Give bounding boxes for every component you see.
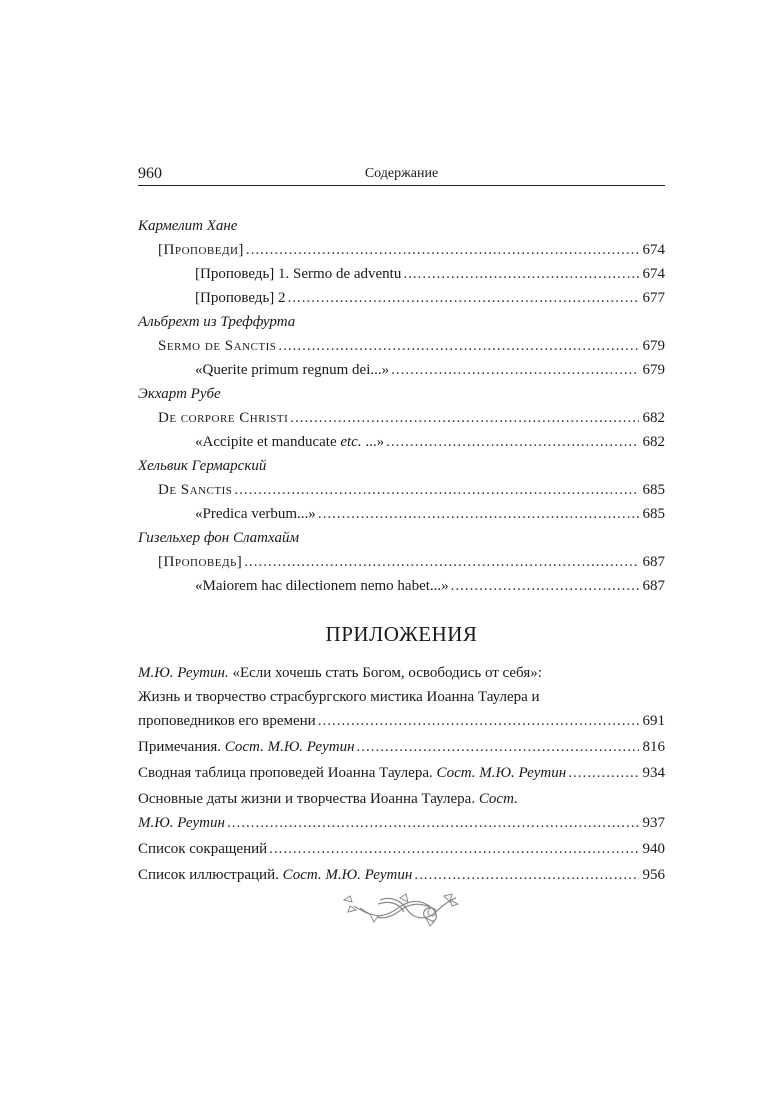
toc-entry[interactable]: [Проповедь] 2 677 [138, 286, 665, 310]
table-of-contents: Кармелит Ханe [Проповеди] 674 [Проповедь… [138, 214, 665, 889]
appendix-entry[interactable]: Список иллюстраций. Сост. М.Ю. Реутин 95… [138, 863, 665, 887]
running-title: Содержание [138, 166, 665, 182]
toc-entry[interactable]: [Проповеди] 674 [138, 238, 665, 262]
label-text: Список иллюстраций. [138, 867, 283, 883]
label-italic: Сост. [479, 791, 518, 807]
appendix-entry[interactable]: М.Ю. Реутин. «Если хочешь стать Богом, о… [138, 661, 665, 733]
entry-text: проповедников его времени [138, 709, 316, 733]
toc-entry[interactable]: De Sanctis 685 [138, 478, 665, 502]
toc-entry-page: 687 [643, 574, 666, 598]
running-head: 960 Содержание [138, 163, 665, 186]
entry-line: проповедников его времени 691 [138, 709, 665, 733]
toc-entry-label: [Проповедь] [158, 550, 242, 574]
entry-text: Примечания. Сост. М.Ю. Реутин [138, 735, 355, 759]
toc-entry-page: 682 [643, 430, 666, 454]
dot-leader [391, 358, 638, 382]
author-italic: М.Ю. Реутин. [138, 665, 229, 681]
dot-leader [278, 334, 638, 358]
toc-entry-page: 679 [643, 334, 666, 358]
entry-line: Список иллюстраций. Сост. М.Ю. Реутин 95… [138, 863, 665, 887]
dot-leader [234, 478, 638, 502]
label-text: «Accipite et manducate [195, 434, 340, 450]
label-italic: Сост. М.Ю. Реутин [436, 765, 566, 781]
entry-line: Жизнь и творчество страсбургского мистик… [138, 685, 665, 709]
toc-entry-page: 687 [643, 550, 666, 574]
toc-group: Гизельхер фон Слатхайм [Проповедь] 687 «… [138, 526, 665, 598]
toc-entry[interactable]: [Проповедь] 687 [138, 550, 665, 574]
dot-leader [288, 286, 639, 310]
toc-author: Экхарт Рубе [138, 382, 665, 406]
entry-text: М.Ю. Реутин [138, 811, 225, 835]
toc-entry-label: «Accipite et manducate etc. ...» [195, 430, 384, 454]
appendix-entry[interactable]: Список сокращений 940 [138, 837, 665, 861]
toc-entry-label: Sermo de Sanctis [158, 334, 276, 358]
appendix-heading: ПРИЛОЖЕНИЯ [138, 622, 665, 647]
toc-entry-page: 677 [643, 286, 666, 310]
label-text: Примечания. [138, 739, 225, 755]
toc-group: Альбрехт из Треффурта Sermo de Sanctis 6… [138, 310, 665, 382]
toc-entry[interactable]: Sermo de Sanctis 679 [138, 334, 665, 358]
toc-entry-page: 674 [643, 238, 666, 262]
appendix-entry[interactable]: Сводная таблица проповедей Иоанна Таулер… [138, 761, 665, 785]
toc-entry-label: [Проповедь] 1. Sermo de adventu [195, 262, 401, 286]
dot-leader [403, 262, 638, 286]
toc-entry-label: «Predica verbum...» [195, 502, 316, 526]
toc-group: Кармелит Ханe [Проповеди] 674 [Проповедь… [138, 214, 665, 310]
label-italic: Сост. М.Ю. Реутин [283, 867, 413, 883]
toc-entry-page: 691 [643, 709, 666, 733]
toc-entry-label: «Maiorem hac dilectionem nemo habet...» [195, 574, 449, 598]
appendix-entry[interactable]: Основные даты жизни и творчества Иоанна … [138, 787, 665, 835]
dot-leader [269, 837, 638, 861]
toc-entry[interactable]: «Maiorem hac dilectionem nemo habet...» … [138, 574, 665, 598]
dot-leader [451, 574, 639, 598]
label-text: ...» [362, 434, 385, 450]
toc-entry-label: De corpore Christi [158, 406, 288, 430]
dot-leader [357, 735, 639, 759]
toc-entry-page: 937 [643, 811, 666, 835]
toc-entry-label: De Sanctis [158, 478, 232, 502]
toc-entry-page: 685 [643, 502, 666, 526]
dot-leader [318, 502, 639, 526]
entry-text: Основные даты жизни и творчества Иоанна … [138, 791, 479, 807]
dot-leader [386, 430, 638, 454]
entry-text: Сводная таблица проповедей Иоанна Таулер… [138, 761, 566, 785]
toc-entry[interactable]: [Проповедь] 1. Sermo de adventu 674 [138, 262, 665, 286]
toc-author: Хельвик Гермарский [138, 454, 665, 478]
entry-line: М.Ю. Реутин 937 [138, 811, 665, 835]
entry-line: Примечания. Сост. М.Ю. Реутин 816 [138, 735, 665, 759]
toc-entry-label: «Querite primum regnum dei...» [195, 358, 389, 382]
toc-group: Хельвик Гермарский De Sanctis 685 «Predi… [138, 454, 665, 526]
entry-line: Сводная таблица проповедей Иоанна Таулер… [138, 761, 665, 785]
entry-text: Список иллюстраций. Сост. М.Ю. Реутин [138, 863, 412, 887]
toc-author: Гизельхер фон Слатхайм [138, 526, 665, 550]
dot-leader [227, 811, 639, 835]
entry-text: «Если хочешь стать Богом, освободись от … [229, 665, 542, 681]
entry-text: Список сокращений [138, 837, 267, 861]
toc-entry[interactable]: «Predica verbum...» 685 [138, 502, 665, 526]
dot-leader [246, 238, 639, 262]
entry-line: Основные даты жизни и творчества Иоанна … [138, 787, 665, 811]
toc-author: Кармелит Ханe [138, 214, 665, 238]
toc-entry-page: 685 [643, 478, 666, 502]
entry-line: М.Ю. Реутин. «Если хочешь стать Богом, о… [138, 661, 665, 685]
dot-leader [414, 863, 638, 887]
toc-entry-label: [Проповеди] [158, 238, 244, 262]
label-text: Сводная таблица проповедей Иоанна Таулер… [138, 765, 436, 781]
label-italic: etc. [340, 434, 361, 450]
toc-entry-page: 682 [643, 406, 666, 430]
vine-ornament-icon [340, 890, 460, 930]
dot-leader [568, 761, 638, 785]
toc-entry-page: 674 [643, 262, 666, 286]
toc-group: Экхарт Рубе De corpore Christi 682 «Acci… [138, 382, 665, 454]
entry-line: Список сокращений 940 [138, 837, 665, 861]
toc-entry[interactable]: «Querite primum regnum dei...» 679 [138, 358, 665, 382]
dot-leader [290, 406, 638, 430]
toc-entry-page: 816 [643, 735, 666, 759]
toc-entry-label: [Проповедь] 2 [195, 286, 286, 310]
toc-entry-page: 679 [643, 358, 666, 382]
appendix-entry[interactable]: Примечания. Сост. М.Ю. Реутин 816 [138, 735, 665, 759]
toc-entry-page: 956 [643, 863, 666, 887]
dot-leader [244, 550, 638, 574]
label-italic: Сост. М.Ю. Реутин [225, 739, 355, 755]
dot-leader [318, 709, 639, 733]
toc-entry-page: 940 [643, 837, 666, 861]
toc-entry[interactable]: «Accipite et manducate etc. ...» 682 [138, 430, 665, 454]
toc-entry[interactable]: De corpore Christi 682 [138, 406, 665, 430]
toc-author: Альбрехт из Треффурта [138, 310, 665, 334]
toc-entry-page: 934 [643, 761, 666, 785]
